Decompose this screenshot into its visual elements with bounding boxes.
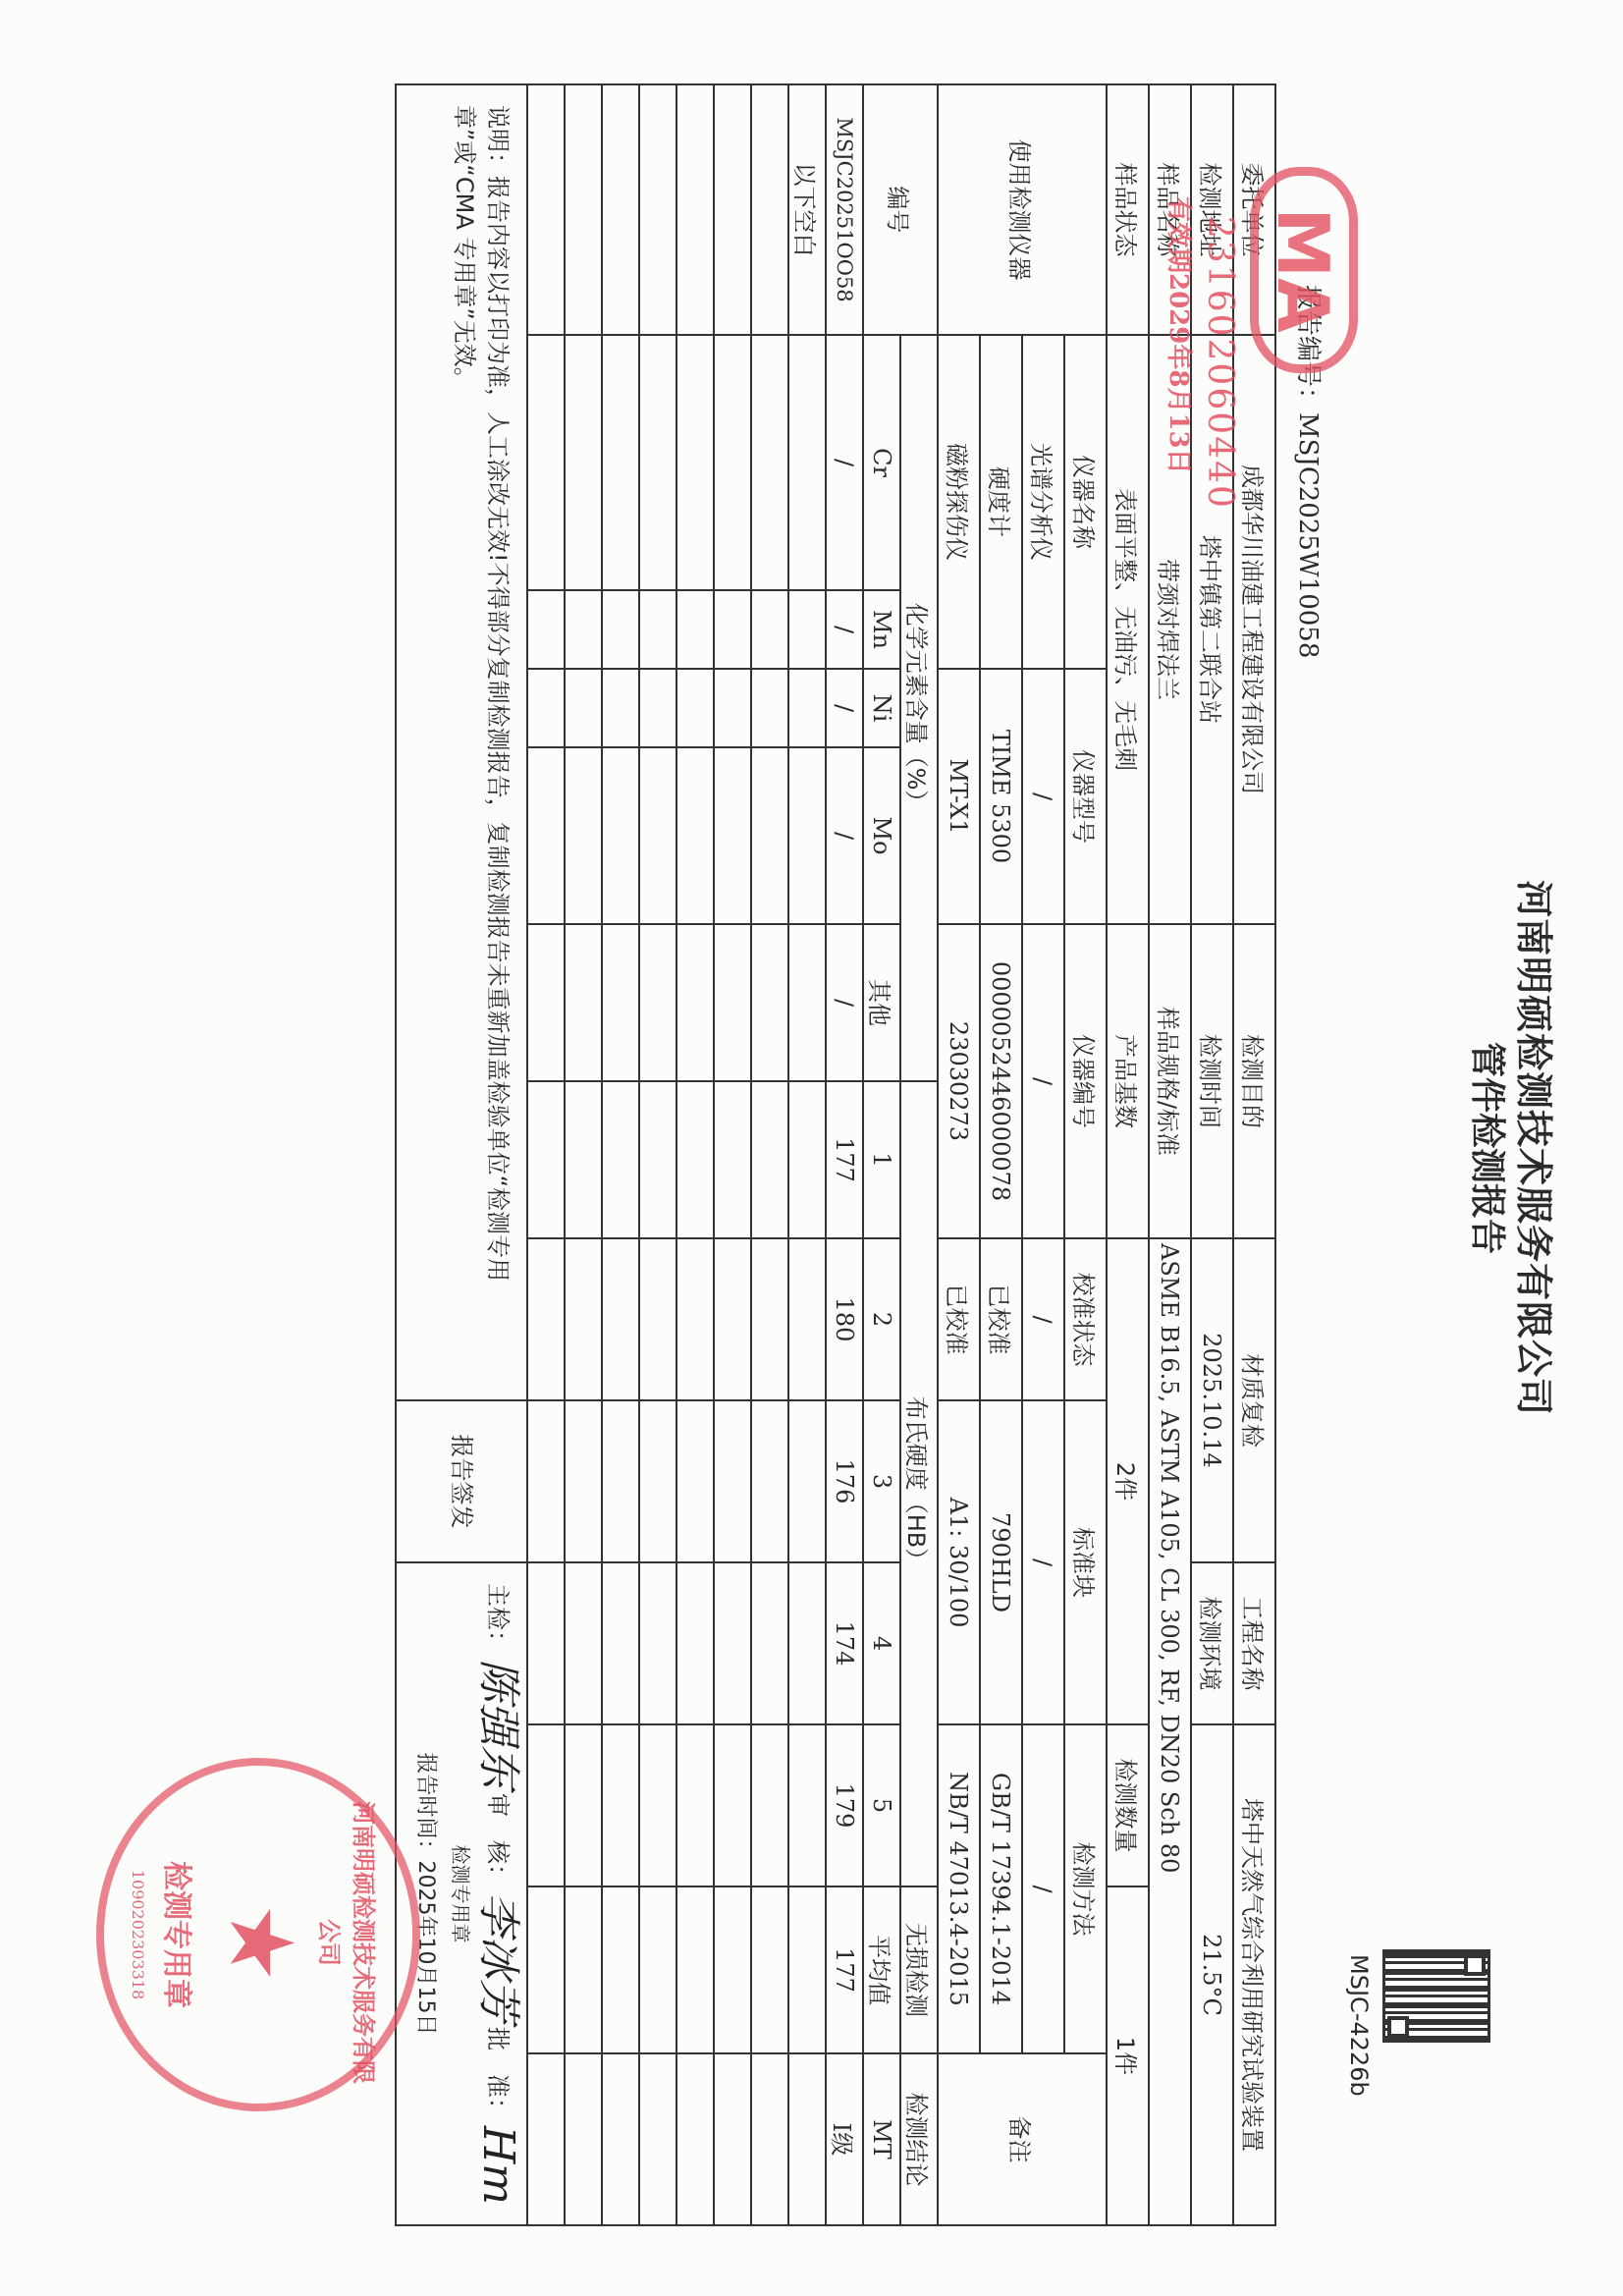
chem-col: Mo bbox=[863, 747, 900, 924]
inst-header-method: 检测方法 bbox=[1064, 1724, 1107, 2053]
hb-col: 1 bbox=[863, 1081, 900, 1238]
cma-cert-number: 231602060440 bbox=[1200, 216, 1240, 510]
hb-col: 5 bbox=[863, 1724, 900, 1886]
hb-average: 177 bbox=[826, 1886, 863, 2053]
star-icon: ★ bbox=[216, 1903, 304, 1983]
chem-value: / bbox=[826, 335, 863, 590]
chem-value: / bbox=[826, 590, 863, 669]
chem-value: / bbox=[826, 924, 863, 1081]
spec-label: 样品规格/标准 bbox=[1149, 924, 1191, 1238]
blank-row bbox=[565, 84, 602, 2225]
seal-company: 河南明硕检测技术服务有限公司 bbox=[314, 1795, 383, 2090]
base-value: 2件 bbox=[1107, 1238, 1149, 1724]
instrument-row: 磁粉探伤仪 MT-X1 23030273 已校准 A1: 30/100 NB/T… bbox=[938, 84, 980, 2225]
cma-mark: MA bbox=[1262, 207, 1344, 332]
result-id: MSJC20251OO58 bbox=[826, 84, 863, 335]
spec-value: ASME B16.5, ASTM A105, CL 300, RF, DN20 … bbox=[1149, 1238, 1191, 2225]
hb-value: 177 bbox=[826, 1081, 863, 1238]
inspector-label: 主检： bbox=[481, 1583, 514, 1654]
inst-block: A1: 30/100 bbox=[938, 1400, 980, 1724]
blank-row bbox=[676, 84, 714, 2225]
chem-col: 其他 bbox=[863, 924, 900, 1081]
inspector-signature: 陈强东 bbox=[481, 1659, 514, 1788]
inst-name: 磁粉探伤仪 bbox=[938, 335, 980, 669]
blank-row bbox=[639, 84, 676, 2225]
chem-value: / bbox=[826, 747, 863, 924]
inst-model: MT-X1 bbox=[938, 669, 980, 924]
inst-method: GB/T 17394.1-2014 bbox=[980, 1724, 1022, 2053]
time-label: 检测时间 bbox=[1191, 924, 1233, 1238]
qr-code-icon bbox=[1382, 1949, 1490, 2043]
issue-label-text: 报告签发 bbox=[448, 1435, 475, 1529]
time-value: 2025.10.14 bbox=[1191, 1238, 1233, 1562]
chem-header: 化学元素含量（%） bbox=[900, 335, 938, 1081]
purpose-label: 检测目的 bbox=[1233, 924, 1275, 1238]
id-header: 编号 bbox=[863, 84, 938, 335]
hb-value: 179 bbox=[826, 1724, 863, 1886]
results-subheader-row: Cr Mn Ni Mo 其他 1 2 3 4 5 平均值 MT 备注 bbox=[863, 84, 900, 2225]
hb-col: 2 bbox=[863, 1238, 900, 1400]
row-state: 样品状态 表面平整、无油污、无毛刺 产品基数 2件 检测数量 1件 bbox=[1107, 84, 1149, 2225]
inst-header-name: 仪器名称 bbox=[1064, 335, 1107, 669]
reviewer-label: 审 核： bbox=[481, 1793, 514, 1887]
inst-header-model: 仪器型号 bbox=[1064, 669, 1107, 924]
blank-marker: 以下空白 bbox=[788, 84, 826, 335]
state-label: 样品状态 bbox=[1107, 84, 1149, 335]
base-label: 产品基数 bbox=[1107, 924, 1149, 1238]
report-page: 河南明硕检测技术服务有限公司 管件检测报告 MSJC-4226b 报告编号：MS… bbox=[0, 0, 1623, 2296]
hb-value: 174 bbox=[826, 1562, 863, 1724]
inst-calibration: 已校准 bbox=[938, 1238, 980, 1400]
inst-header-serial: 仪器编号 bbox=[1064, 924, 1107, 1238]
instrument-row: 硬度计 TIME 5300 0000052446000078 已校准 790HL… bbox=[980, 84, 1022, 2225]
instrument-header-row: 使用检测仪器 仪器名称 仪器型号 仪器编号 校准状态 标准块 检测方法 备注 bbox=[1064, 84, 1107, 2225]
report-table: 委托单位 成都华川油建工程建设有限公司 检测目的 材质复检 工程名称 塔中天然气… bbox=[395, 83, 1276, 2226]
instrument-row: 光谱分析仪 / / / / / bbox=[1022, 84, 1064, 2225]
hb-value: 180 bbox=[826, 1238, 863, 1400]
inst-serial: / bbox=[1022, 924, 1064, 1238]
inst-calibration: 已校准 bbox=[980, 1238, 1022, 1400]
chem-value: / bbox=[826, 669, 863, 747]
seal-use: 检测专用章 bbox=[158, 1766, 201, 2104]
report-date-label: 报告时间： bbox=[413, 1753, 438, 1861]
company-seal: 河南明硕检测技术服务有限公司 ★ 检测专用章 1090202303318 bbox=[96, 1758, 420, 2111]
ndt-method: MT bbox=[863, 2053, 900, 2225]
inst-serial: 0000052446000078 bbox=[980, 924, 1022, 1238]
inst-header-calibration: 校准状态 bbox=[1064, 1238, 1107, 1400]
hb-value: 176 bbox=[826, 1400, 863, 1562]
blank-row bbox=[714, 84, 751, 2225]
result-row: MSJC20251OO58 / / / / / 177 180 176 174 … bbox=[826, 84, 863, 2225]
ndt-grade: I级 bbox=[826, 2053, 863, 2225]
env-value: 21.5°C bbox=[1191, 1724, 1233, 2225]
qty-value: 1件 bbox=[1107, 1886, 1149, 2225]
chem-col: Ni bbox=[863, 669, 900, 747]
inst-calibration: / bbox=[1022, 1238, 1064, 1400]
purpose-value: 材质复检 bbox=[1233, 1238, 1275, 1562]
chem-col: Mn bbox=[863, 590, 900, 669]
inst-model: / bbox=[1022, 669, 1064, 924]
inst-block: / bbox=[1022, 1400, 1064, 1724]
qty-label: 检测数量 bbox=[1107, 1724, 1149, 1886]
inst-header-remark: 备注 bbox=[938, 2053, 1107, 2225]
blank-row bbox=[527, 84, 565, 2225]
inst-serial: 23030273 bbox=[938, 924, 980, 1238]
inst-name: 硬度计 bbox=[980, 335, 1022, 669]
stamp-caption: 检测专用章 bbox=[444, 1583, 477, 2205]
conclusion-header: 检测结论 bbox=[900, 2053, 938, 2225]
approver-signature: Hm bbox=[481, 2126, 514, 2205]
hb-col: 4 bbox=[863, 1562, 900, 1724]
notes-text: 说明：报告内容以打印为准，人工涂改无效!不得部分复制检测报告，复制检测报告未重新… bbox=[396, 84, 527, 1400]
hb-header: 布氏硬度（HB） bbox=[900, 1081, 938, 1886]
project-value: 塔中天然气综合利用研究试验装置 bbox=[1233, 1724, 1275, 2225]
inst-method: / bbox=[1022, 1724, 1064, 2053]
form-code: MSJC-4226b bbox=[1345, 1954, 1373, 2097]
blank-row bbox=[751, 84, 788, 2225]
chem-col: Cr bbox=[863, 335, 900, 590]
hb-col: 3 bbox=[863, 1400, 900, 1562]
env-label: 检测环境 bbox=[1191, 1562, 1233, 1724]
hb-col-avg: 平均值 bbox=[863, 1886, 900, 2053]
report-number-value: MSJC2025W10058 bbox=[1293, 412, 1323, 658]
blank-marker-row: 以下空白 bbox=[788, 84, 826, 2225]
issue-label: 报告签发 bbox=[396, 1400, 527, 1562]
reviewer-signature: 李冰芳 bbox=[481, 1892, 514, 2022]
state-value: 表面平整、无油污、无毛刺 bbox=[1107, 335, 1149, 924]
inst-header-block: 标准块 bbox=[1064, 1400, 1107, 1724]
ndt-header: 无损检测 bbox=[900, 1886, 938, 2053]
cma-stamp: MA bbox=[1250, 167, 1358, 373]
inst-name: 光谱分析仪 bbox=[1022, 335, 1064, 669]
company-title: 河南明硕检测技术服务有限公司 bbox=[1510, 0, 1564, 2296]
inst-method: NB/T 47013.4-2015 bbox=[938, 1724, 980, 2053]
approver-label: 批 准： bbox=[481, 2027, 514, 2121]
inst-model: TIME 5300 bbox=[980, 669, 1022, 924]
results-header-row: 编号 化学元素含量（%） 布氏硬度（HB） 无损检测 检测结论 bbox=[900, 84, 938, 2225]
inst-block: 790HLD bbox=[980, 1400, 1022, 1724]
blank-row bbox=[602, 84, 639, 2225]
project-label: 工程名称 bbox=[1233, 1562, 1275, 1724]
seal-number: 1090202303318 bbox=[129, 1766, 147, 2104]
instruments-section-label: 使用检测仪器 bbox=[938, 84, 1107, 335]
cma-validity: 有效期2029年8月13日 bbox=[1163, 196, 1199, 474]
